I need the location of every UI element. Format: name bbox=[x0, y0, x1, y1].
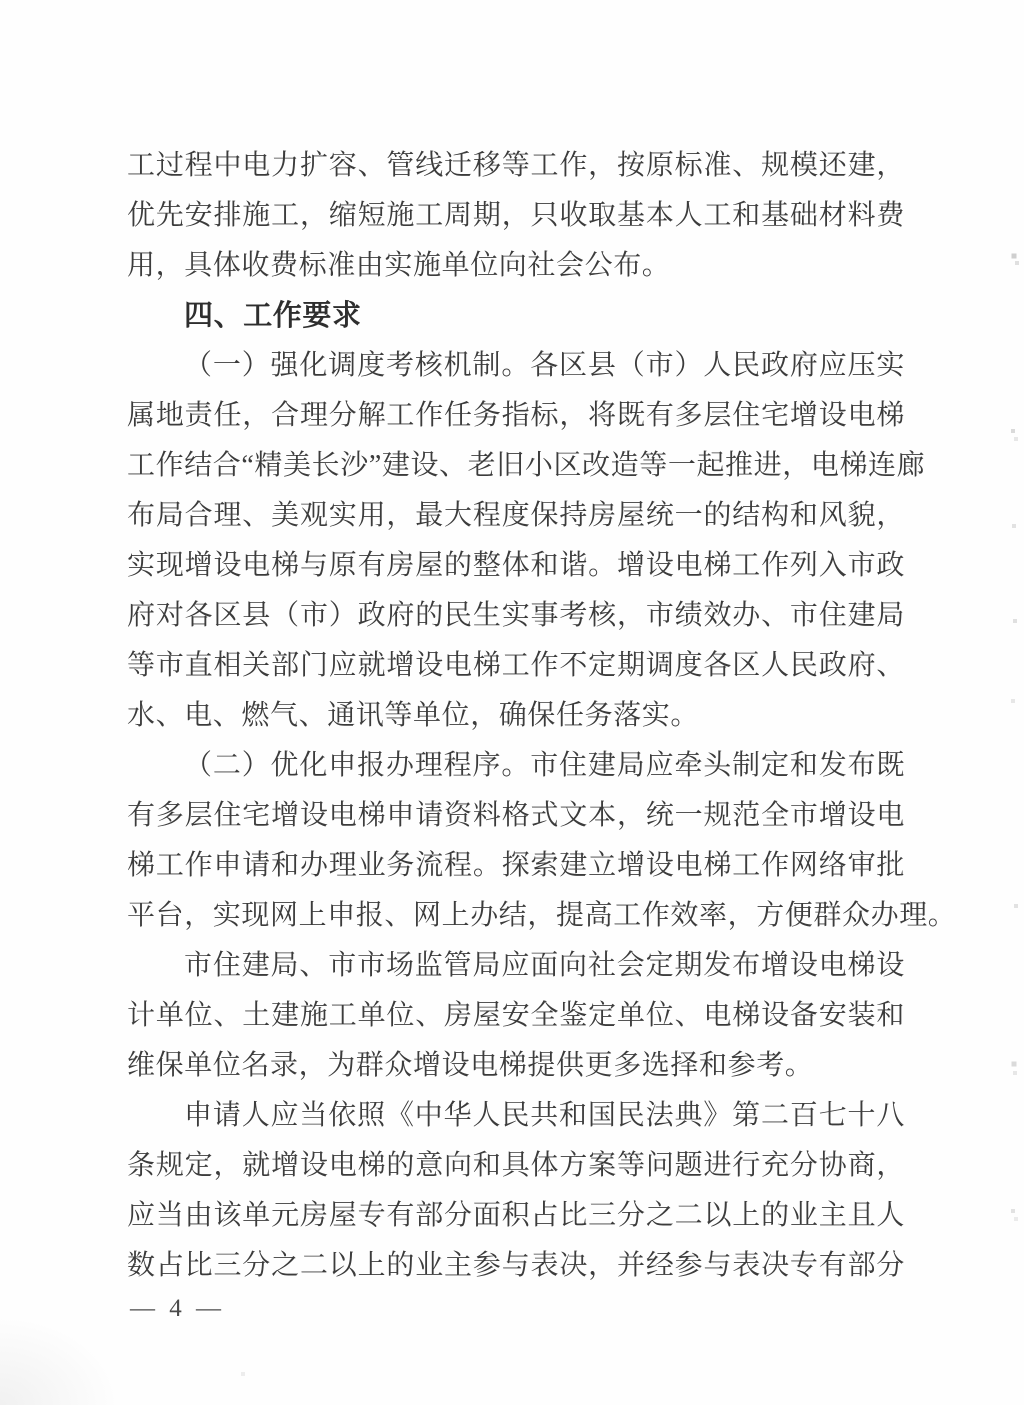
scan-speckles bbox=[0, 0, 2, 2]
text-line: 属地责任，合理分解工作任务指标，将既有多层住宅增设电梯 bbox=[127, 391, 905, 441]
text-line: 用，具体收费标准由实施单位向社会公布。 bbox=[127, 241, 905, 291]
text-line: 平台，实现网上申报、网上办结，提高工作效率，方便群众办理。 bbox=[127, 891, 905, 941]
page-number: — 4 — bbox=[130, 1295, 225, 1323]
text-line: 有多层住宅增设电梯申请资料格式文本，统一规范全市增设电 bbox=[127, 791, 905, 841]
text-line: 市住建局、市市场监管局应面向社会定期发布增设电梯设 bbox=[127, 941, 905, 991]
text-line: 优先安排施工，缩短施工周期，只收取基本人工和基础材料费 bbox=[127, 191, 905, 241]
text-line: 实现增设电梯与原有房屋的整体和谐。增设电梯工作列入市政 bbox=[127, 541, 905, 591]
document-page: 工过程中电力扩容、管线迁移等工作，按原标准、规模还建， 优先安排施工，缩短施工周… bbox=[0, 0, 1024, 1405]
text-line: 等市直相关部门应就增设电梯工作不定期调度各区人民政府、 bbox=[127, 641, 905, 691]
text-line: 数占比三分之二以上的业主参与表决，并经参与表决专有部分 bbox=[127, 1241, 905, 1291]
text-line: 申请人应当依照《中华人民共和国民法典》第二百七十八 bbox=[127, 1091, 905, 1141]
text-line: （一）强化调度考核机制。各区县（市）人民政府应压实 bbox=[127, 341, 905, 391]
text-line: 条规定，就增设电梯的意向和具体方案等问题进行充分协商， bbox=[127, 1141, 905, 1191]
text-line: 梯工作申请和办理业务流程。探索建立增设电梯工作网络审批 bbox=[127, 841, 905, 891]
text-line: （二）优化申报办理程序。市住建局应牵头制定和发布既 bbox=[127, 741, 905, 791]
text-line: 应当由该单元房屋专有部分面积占比三分之二以上的业主且人 bbox=[127, 1191, 905, 1241]
text-line: 府对各区县（市）政府的民生实事考核，市绩效办、市住建局 bbox=[127, 591, 905, 641]
text-line: 计单位、土建施工单位、房屋安全鉴定单位、电梯设备安装和 bbox=[127, 991, 905, 1041]
section-heading: 四、工作要求 bbox=[127, 291, 905, 341]
text-line: 布局合理、美观实用，最大程度保持房屋统一的结构和风貌， bbox=[127, 491, 905, 541]
text-line: 工过程中电力扩容、管线迁移等工作，按原标准、规模还建， bbox=[127, 141, 905, 191]
document-body: 工过程中电力扩容、管线迁移等工作，按原标准、规模还建， 优先安排施工，缩短施工周… bbox=[127, 141, 905, 1291]
text-line: 水、电、燃气、通讯等单位，确保任务落实。 bbox=[127, 691, 905, 741]
text-line: 工作结合“精美长沙”建设、老旧小区改造等一起推进，电梯连廊 bbox=[127, 441, 905, 491]
text-line: 维保单位名录，为群众增设电梯提供更多选择和参考。 bbox=[127, 1041, 905, 1091]
